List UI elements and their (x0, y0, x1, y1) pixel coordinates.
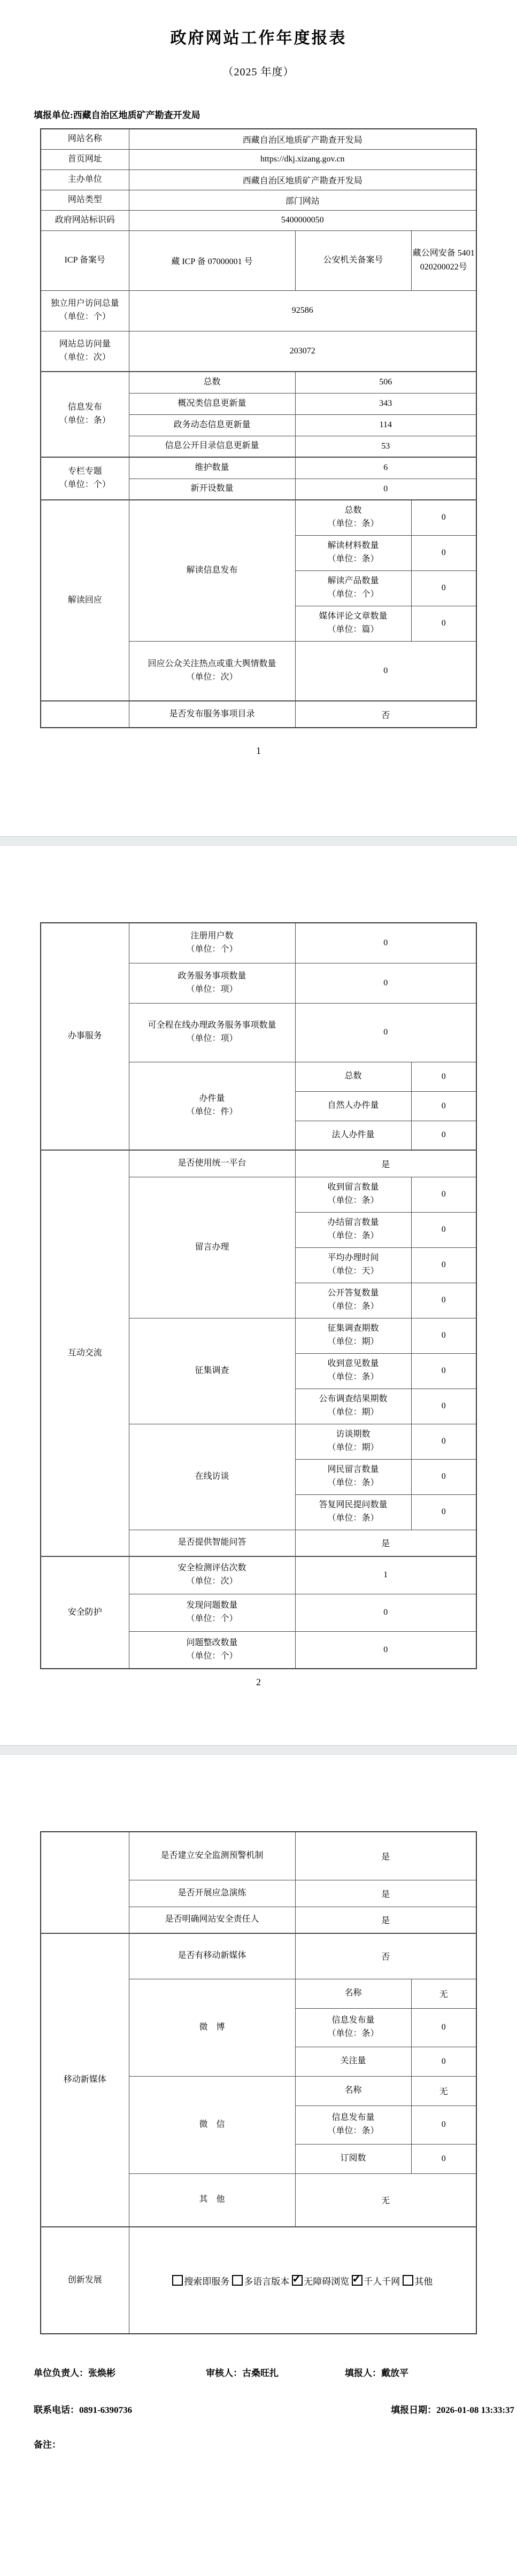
row-label: 是否提供智能问答 (129, 1530, 295, 1556)
section-label: 信息发布（单位：条） (41, 372, 129, 457)
row-label: 微 信 (129, 2076, 295, 2173)
page-number: 1 (0, 745, 517, 757)
row-value: 114 (295, 414, 476, 436)
row-value: 0 (411, 1318, 476, 1353)
row-label: 可全程在线办理政务服务事项数量（单位：项） (129, 1003, 295, 1062)
row-label: 名称 (295, 2076, 411, 2105)
row-value: 无 (411, 2076, 476, 2105)
row-label: 总数 (295, 1062, 411, 1091)
row-value: 1 (295, 1556, 476, 1594)
table-row: 安全防护 安全检测评估次数（单位：次） 1 (41, 1556, 476, 1594)
report-page-3: 是否建立安全监测预警机制 是 是否开展应急演练 是 是否明确网站安全责任人 是 … (0, 1755, 517, 2576)
police-record-number: 藏公网安备 5401020200022号 (411, 230, 476, 290)
table-row: 信息发布（单位：条） 总数 506 (41, 372, 476, 393)
section-label: 解读回应 (41, 500, 129, 701)
section-label: 创新发展 (41, 2227, 129, 2334)
row-label: 办件量（单位：件） (129, 1062, 295, 1150)
section-label: 专栏专题（单位：个） (41, 457, 129, 500)
row-value: 0 (411, 1091, 476, 1121)
row-label: 首页网址 (41, 149, 129, 169)
row-value: 是 (295, 1880, 476, 1907)
checkbox-icon (172, 2275, 183, 2286)
row-value: 0 (411, 1459, 476, 1494)
row-label: 是否建立安全监测预警机制 (129, 1832, 295, 1880)
row-value: 343 (295, 393, 476, 414)
row-value: 53 (295, 436, 476, 457)
site-code: 5400000050 (129, 210, 476, 230)
row-label: 概况类信息更新量 (129, 393, 295, 414)
checkbox-label: 无障碍浏览 (304, 2274, 349, 2287)
row-label: 公开答复数量（单位：条） (295, 1283, 411, 1318)
row-value: 西藏自治区地质矿产勘查开发局 (129, 129, 476, 149)
row-value: 0 (295, 1594, 476, 1631)
report-page-2: 办事服务 注册用户数（单位：个） 0 政务服务事项数量（单位：项） 0 可全程在… (0, 846, 517, 1745)
row-value: 否 (295, 1933, 476, 1979)
row-label: 网站名称 (41, 129, 129, 149)
row-label: 信息公开目录信息更新量 (129, 436, 295, 457)
checkbox-icon (232, 2275, 243, 2286)
row-label: 是否明确网站安全责任人 (129, 1907, 295, 1933)
row-label: 微 博 (129, 1979, 295, 2076)
row-label: 答复网民提问数量（单位：条） (295, 1494, 411, 1530)
section-label: 办事服务 (41, 923, 129, 1150)
row-label: 是否开展应急演练 (129, 1880, 295, 1907)
row-value: 无 (411, 1979, 476, 2008)
unique-visitors: 92586 (129, 290, 476, 331)
row-label: 名称 (295, 1979, 411, 2008)
table-row: 网站总访问量（单位：次） 203072 (41, 331, 476, 372)
row-label: ICP 备案号 (41, 230, 129, 290)
row-label: 公布调查结果期数（单位：期） (295, 1389, 411, 1424)
table-row: 互动交流 是否使用统一平台 是 (41, 1150, 476, 1177)
row-label: 解读信息发布 (129, 500, 295, 641)
row-label: 政府网站标识码 (41, 210, 129, 230)
row-value: 是 (295, 1150, 476, 1177)
table-row: ICP 备案号 藏 ICP 备 07000001 号 公安机关备案号 藏公网安备… (41, 230, 476, 290)
row-value: 0 (411, 2047, 476, 2076)
table-row: 网站名称 西藏自治区地质矿产勘查开发局 (41, 129, 476, 149)
row-label: 自然人办件量 (295, 1091, 411, 1121)
row-value: 0 (295, 963, 476, 1003)
table-row: 是否建立安全监测预警机制 是 (41, 1832, 476, 1880)
row-label: 问题整改数量（单位：个） (129, 1631, 295, 1669)
row-label: 发现问题数量（单位：个） (129, 1594, 295, 1631)
table-row: 主办单位 西藏自治区地质矿产勘查开发局 (41, 169, 476, 190)
section-label: 安全防护 (41, 1556, 129, 1669)
row-value: 西藏自治区地质矿产勘查开发局 (129, 169, 476, 190)
row-value: 0 (295, 1003, 476, 1062)
row-label: 关注量 (295, 2047, 411, 2076)
table-row: 是否发布服务事项目录 否 (41, 701, 476, 728)
row-value: 是 (295, 1907, 476, 1933)
row-label: 平均办理时间（单位：天） (295, 1247, 411, 1283)
option-multilingual: 多语言版本 (229, 2274, 289, 2287)
row-value: 0 (411, 1283, 476, 1318)
row-value: 0 (411, 1121, 476, 1150)
table-row: 首页网址 https://dkj.xizang.gov.cn (41, 149, 476, 169)
checkbox-checked-icon (352, 2275, 362, 2286)
row-value: 0 (411, 1247, 476, 1283)
table-row: 创新发展 搜索即服务 多语言版本 无障碍浏览 千人千网 其他 (41, 2227, 476, 2334)
checkbox-label: 多语言版本 (244, 2274, 289, 2287)
row-label: 在线访谈 (129, 1424, 295, 1530)
footer-phone: 联系电话：0891-6390736 (34, 2402, 132, 2416)
checkbox-label: 搜索即服务 (184, 2274, 229, 2287)
row-value: 是 (295, 1832, 476, 1880)
row-label: 新开设数量 (129, 479, 295, 500)
row-value: 0 (411, 500, 476, 535)
annual-report-table-newmedia: 是否建立安全监测预警机制 是 是否开展应急演练 是 是否明确网站安全责任人 是 … (40, 1831, 477, 2334)
row-label: 维护数量 (129, 457, 295, 479)
row-label: 是否有移动新媒体 (129, 1933, 295, 1979)
option-other: 其他 (400, 2274, 433, 2287)
row-label: 安全检测评估次数（单位：次） (129, 1556, 295, 1594)
checkbox-icon (403, 2275, 413, 2286)
page-number: 2 (0, 1677, 517, 1688)
row-label: 网站总访问量（单位：次） (41, 331, 129, 372)
footer-responsible: 单位负责人：张焕彬 (34, 2365, 206, 2379)
row-label: 收到意见数量（单位：条） (295, 1353, 411, 1389)
table-row: 独立用户访问总量（单位：个） 92586 (41, 290, 476, 331)
option-search-as-service: 搜索即服务 (172, 2274, 229, 2287)
footer-note: 备注： (34, 2437, 514, 2450)
row-label: 注册用户数（单位：个） (129, 923, 295, 963)
row-label: 总数（单位：条） (295, 500, 411, 535)
option-personalization: 千人千网 (349, 2274, 400, 2287)
row-label: 公安机关备案号 (295, 230, 411, 290)
row-value: 0 (295, 479, 476, 500)
row-label: 是否发布服务事项目录 (129, 701, 295, 728)
row-label: 信息发布量（单位：条） (295, 2008, 411, 2047)
section-label: 互动交流 (41, 1150, 129, 1556)
row-value: 0 (411, 2144, 476, 2173)
row-value: 0 (411, 2105, 476, 2144)
row-label: 留言办理 (129, 1177, 295, 1318)
row-label: 主办单位 (41, 169, 129, 190)
row-value: 0 (411, 1212, 476, 1247)
row-label: 解读材料数量（单位：条） (295, 535, 411, 570)
row-value: 0 (295, 641, 476, 701)
row-label: 法人办件量 (295, 1121, 411, 1150)
row-label: 网民留言数量（单位：条） (295, 1459, 411, 1494)
row-label: 媒体评论文章数量（单位：篇） (295, 606, 411, 641)
table-row: 解读回应 解读信息发布 总数（单位：条） 0 (41, 500, 476, 535)
table-row: 移动新媒体 是否有移动新媒体 否 (41, 1933, 476, 1979)
table-row: 网站类型 部门网站 (41, 190, 476, 210)
table-row: 专栏专题（单位：个） 维护数量 6 (41, 457, 476, 479)
row-label: 总数 (129, 372, 295, 393)
table-row: 办事服务 注册用户数（单位：个） 0 (41, 923, 476, 963)
row-label: 订阅数 (295, 2144, 411, 2173)
row-value: 0 (295, 923, 476, 963)
row-value: 0 (411, 1494, 476, 1530)
innovation-options: 搜索即服务 多语言版本 无障碍浏览 千人千网 其他 (129, 2227, 476, 2334)
row-value: 是 (295, 1530, 476, 1556)
homepage-url: https://dkj.xizang.gov.cn (129, 149, 476, 169)
row-value: 6 (295, 457, 476, 479)
footer-filler: 填报人：戴放平 (345, 2365, 408, 2379)
section-cell-empty (41, 701, 129, 728)
table-row: 政府网站标识码 5400000050 (41, 210, 476, 230)
row-label: 政务服务事项数量（单位：项） (129, 963, 295, 1003)
report-page-1: 政府网站工作年度报表 （2025 年度） 填报单位:西藏自治区地质矿产勘查开发局… (0, 0, 517, 836)
section-label: 移动新媒体 (41, 1933, 129, 2227)
row-value: 无 (295, 2173, 476, 2227)
row-label: 信息发布量（单位：条） (295, 2105, 411, 2144)
footer-date: 填报日期：2026-01-08 13:33:37 (391, 2402, 514, 2416)
report-unit: 填报单位:西藏自治区地质矿产勘查开发局 (34, 107, 517, 121)
checkbox-checked-icon (292, 2275, 303, 2286)
row-value: 部门网站 (129, 190, 476, 210)
option-accessibility: 无障碍浏览 (289, 2274, 349, 2287)
annual-report-table-basic: 网站名称 西藏自治区地质矿产勘查开发局 首页网址 https://dkj.xiz… (40, 128, 477, 728)
checkbox-label: 千人千网 (364, 2274, 400, 2287)
row-value: 否 (295, 701, 476, 728)
row-value: 0 (411, 1353, 476, 1389)
row-value: 0 (411, 2008, 476, 2047)
row-label: 征集调查期数（单位：期） (295, 1318, 411, 1353)
row-value: 0 (411, 1424, 476, 1459)
row-value: 0 (411, 570, 476, 606)
row-value: 0 (411, 606, 476, 641)
page-separator (0, 836, 517, 846)
row-value: 0 (411, 535, 476, 570)
icp-number: 藏 ICP 备 07000001 号 (129, 230, 295, 290)
checkbox-label: 其他 (414, 2274, 433, 2287)
report-title: 政府网站工作年度报表 (0, 0, 517, 48)
footer-auditor: 审核人：古桑旺扎 (206, 2365, 345, 2379)
report-year: （2025 年度） (0, 48, 517, 79)
row-label: 解读产品数量（单位：个） (295, 570, 411, 606)
page-separator (0, 1745, 517, 1755)
row-label: 征集调查 (129, 1318, 295, 1424)
row-label: 访谈期数（单位：期） (295, 1424, 411, 1459)
row-label: 收到留言数量（单位：条） (295, 1177, 411, 1212)
row-value: 0 (295, 1631, 476, 1669)
row-label: 网站类型 (41, 190, 129, 210)
row-value: 0 (411, 1177, 476, 1212)
row-value: 0 (411, 1389, 476, 1424)
row-value: 0 (411, 1062, 476, 1091)
total-visits: 203072 (129, 331, 476, 372)
annual-report-table-services: 办事服务 注册用户数（单位：个） 0 政务服务事项数量（单位：项） 0 可全程在… (40, 922, 477, 1669)
row-label: 是否使用统一平台 (129, 1150, 295, 1177)
row-label: 独立用户访问总量（单位：个） (41, 290, 129, 331)
report-footer: 单位负责人：张焕彬 审核人：古桑旺扎 填报人：戴放平 联系电话：0891-639… (34, 2365, 514, 2450)
row-label: 政务动态信息更新量 (129, 414, 295, 436)
row-value: 506 (295, 372, 476, 393)
row-label: 办结留言数量（单位：条） (295, 1212, 411, 1247)
row-label: 其 他 (129, 2173, 295, 2227)
section-cell-empty (41, 1832, 129, 1933)
row-label: 回应公众关注热点或重大舆情数量（单位：次） (129, 641, 295, 701)
